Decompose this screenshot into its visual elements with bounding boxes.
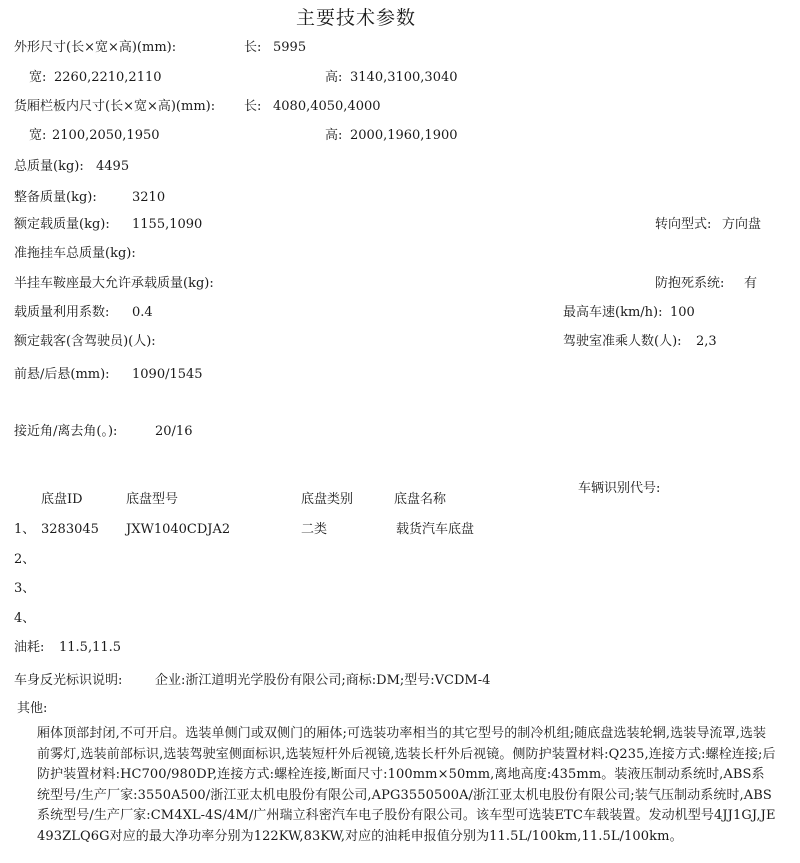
saddle-load-label: 半挂车鞍座最大允许承载质量(kg): <box>14 276 214 292</box>
angles-label: 接近角/离去角(。): <box>14 424 117 440</box>
cargo-height-label: 高: <box>325 128 342 144</box>
other-label: 其他: <box>17 701 47 717</box>
reflective-label: 车身反光标识说明: <box>14 673 122 689</box>
row-index: 3、 <box>14 581 35 597</box>
chassis-name: 载货汽车底盘 <box>396 522 474 538</box>
fuel-value: 11.5,11.5 <box>59 640 121 656</box>
load-utilization-label: 载质量利用系数: <box>14 305 109 321</box>
dimensions-height-value: 3140,3100,3040 <box>350 70 458 86</box>
fuel-label: 油耗: <box>14 640 44 656</box>
chassis-model: JXW1040CDJA2 <box>126 522 230 538</box>
vin-label: 车辆识别代号: <box>578 481 660 497</box>
cab-passengers-value: 2,3 <box>696 334 717 350</box>
dimensions-length-value: 5995 <box>273 40 306 56</box>
steering-value: 方向盘 <box>722 217 761 233</box>
chassis-id: 3283045 <box>41 522 99 538</box>
rated-passengers-label: 额定载客(含驾驶员)(人): <box>14 334 156 350</box>
dimensions-width-value: 2260,2210,2110 <box>54 70 162 86</box>
cargo-height-value: 2000,1960,1900 <box>350 128 458 144</box>
towing-mass-label: 准拖挂车总质量(kg): <box>14 246 136 262</box>
row-index: 1、 <box>14 522 35 538</box>
rated-load-value: 1155,1090 <box>132 217 202 233</box>
rated-load-label: 额定载质量(kg): <box>14 217 110 233</box>
cargo-width-value: 2100,2050,1950 <box>52 128 160 144</box>
steering-label: 转向型式: <box>655 217 711 233</box>
chassis-category: 二类 <box>301 522 327 538</box>
cargo-length-value: 4080,4050,4000 <box>273 99 381 115</box>
abs-value: 有 <box>744 276 757 292</box>
cargo-dimensions-label: 货厢栏板内尺寸(长×宽×高)(mm): <box>14 99 215 115</box>
dimensions-width-label: 宽: <box>29 70 46 86</box>
chassis-header-name: 底盘名称 <box>394 492 446 508</box>
chassis-header-model: 底盘型号 <box>126 492 178 508</box>
row-index: 2、 <box>14 552 35 568</box>
curb-mass-value: 3210 <box>132 190 165 206</box>
dimensions-length-label: 长: <box>244 40 261 56</box>
chassis-header-category: 底盘类别 <box>301 492 353 508</box>
max-speed-label: 最高车速(km/h): <box>563 305 662 321</box>
overhang-value: 1090/1545 <box>132 367 203 383</box>
row-index: 4、 <box>14 611 35 627</box>
overhang-label: 前悬/后悬(mm): <box>14 367 110 383</box>
other-description: 厢体顶部封闭,不可开启。选装单侧门或双侧门的厢体;可选装功率相当的其它型号的制冷… <box>37 724 777 847</box>
load-utilization-value: 0.4 <box>132 305 153 321</box>
total-mass-label: 总质量(kg): <box>14 159 84 175</box>
cargo-width-label: 宽: <box>29 128 46 144</box>
page-title: 主要技术参数 <box>296 7 416 29</box>
abs-label: 防抱死系统: <box>655 276 724 292</box>
cargo-length-label: 长: <box>244 99 261 115</box>
angles-value: 20/16 <box>155 424 192 440</box>
max-speed-value: 100 <box>670 305 695 321</box>
reflective-value: 企业:浙江道明光学股份有限公司;商标:DM;型号:VCDM-4 <box>155 673 490 689</box>
cab-passengers-label: 驾驶室准乘人数(人): <box>563 334 682 350</box>
dimensions-label: 外形尺寸(长×宽×高)(mm): <box>14 40 176 56</box>
total-mass-value: 4495 <box>96 159 129 175</box>
chassis-header-id: 底盘ID <box>41 492 83 508</box>
dimensions-height-label: 高: <box>325 70 342 86</box>
curb-mass-label: 整备质量(kg): <box>14 190 97 206</box>
